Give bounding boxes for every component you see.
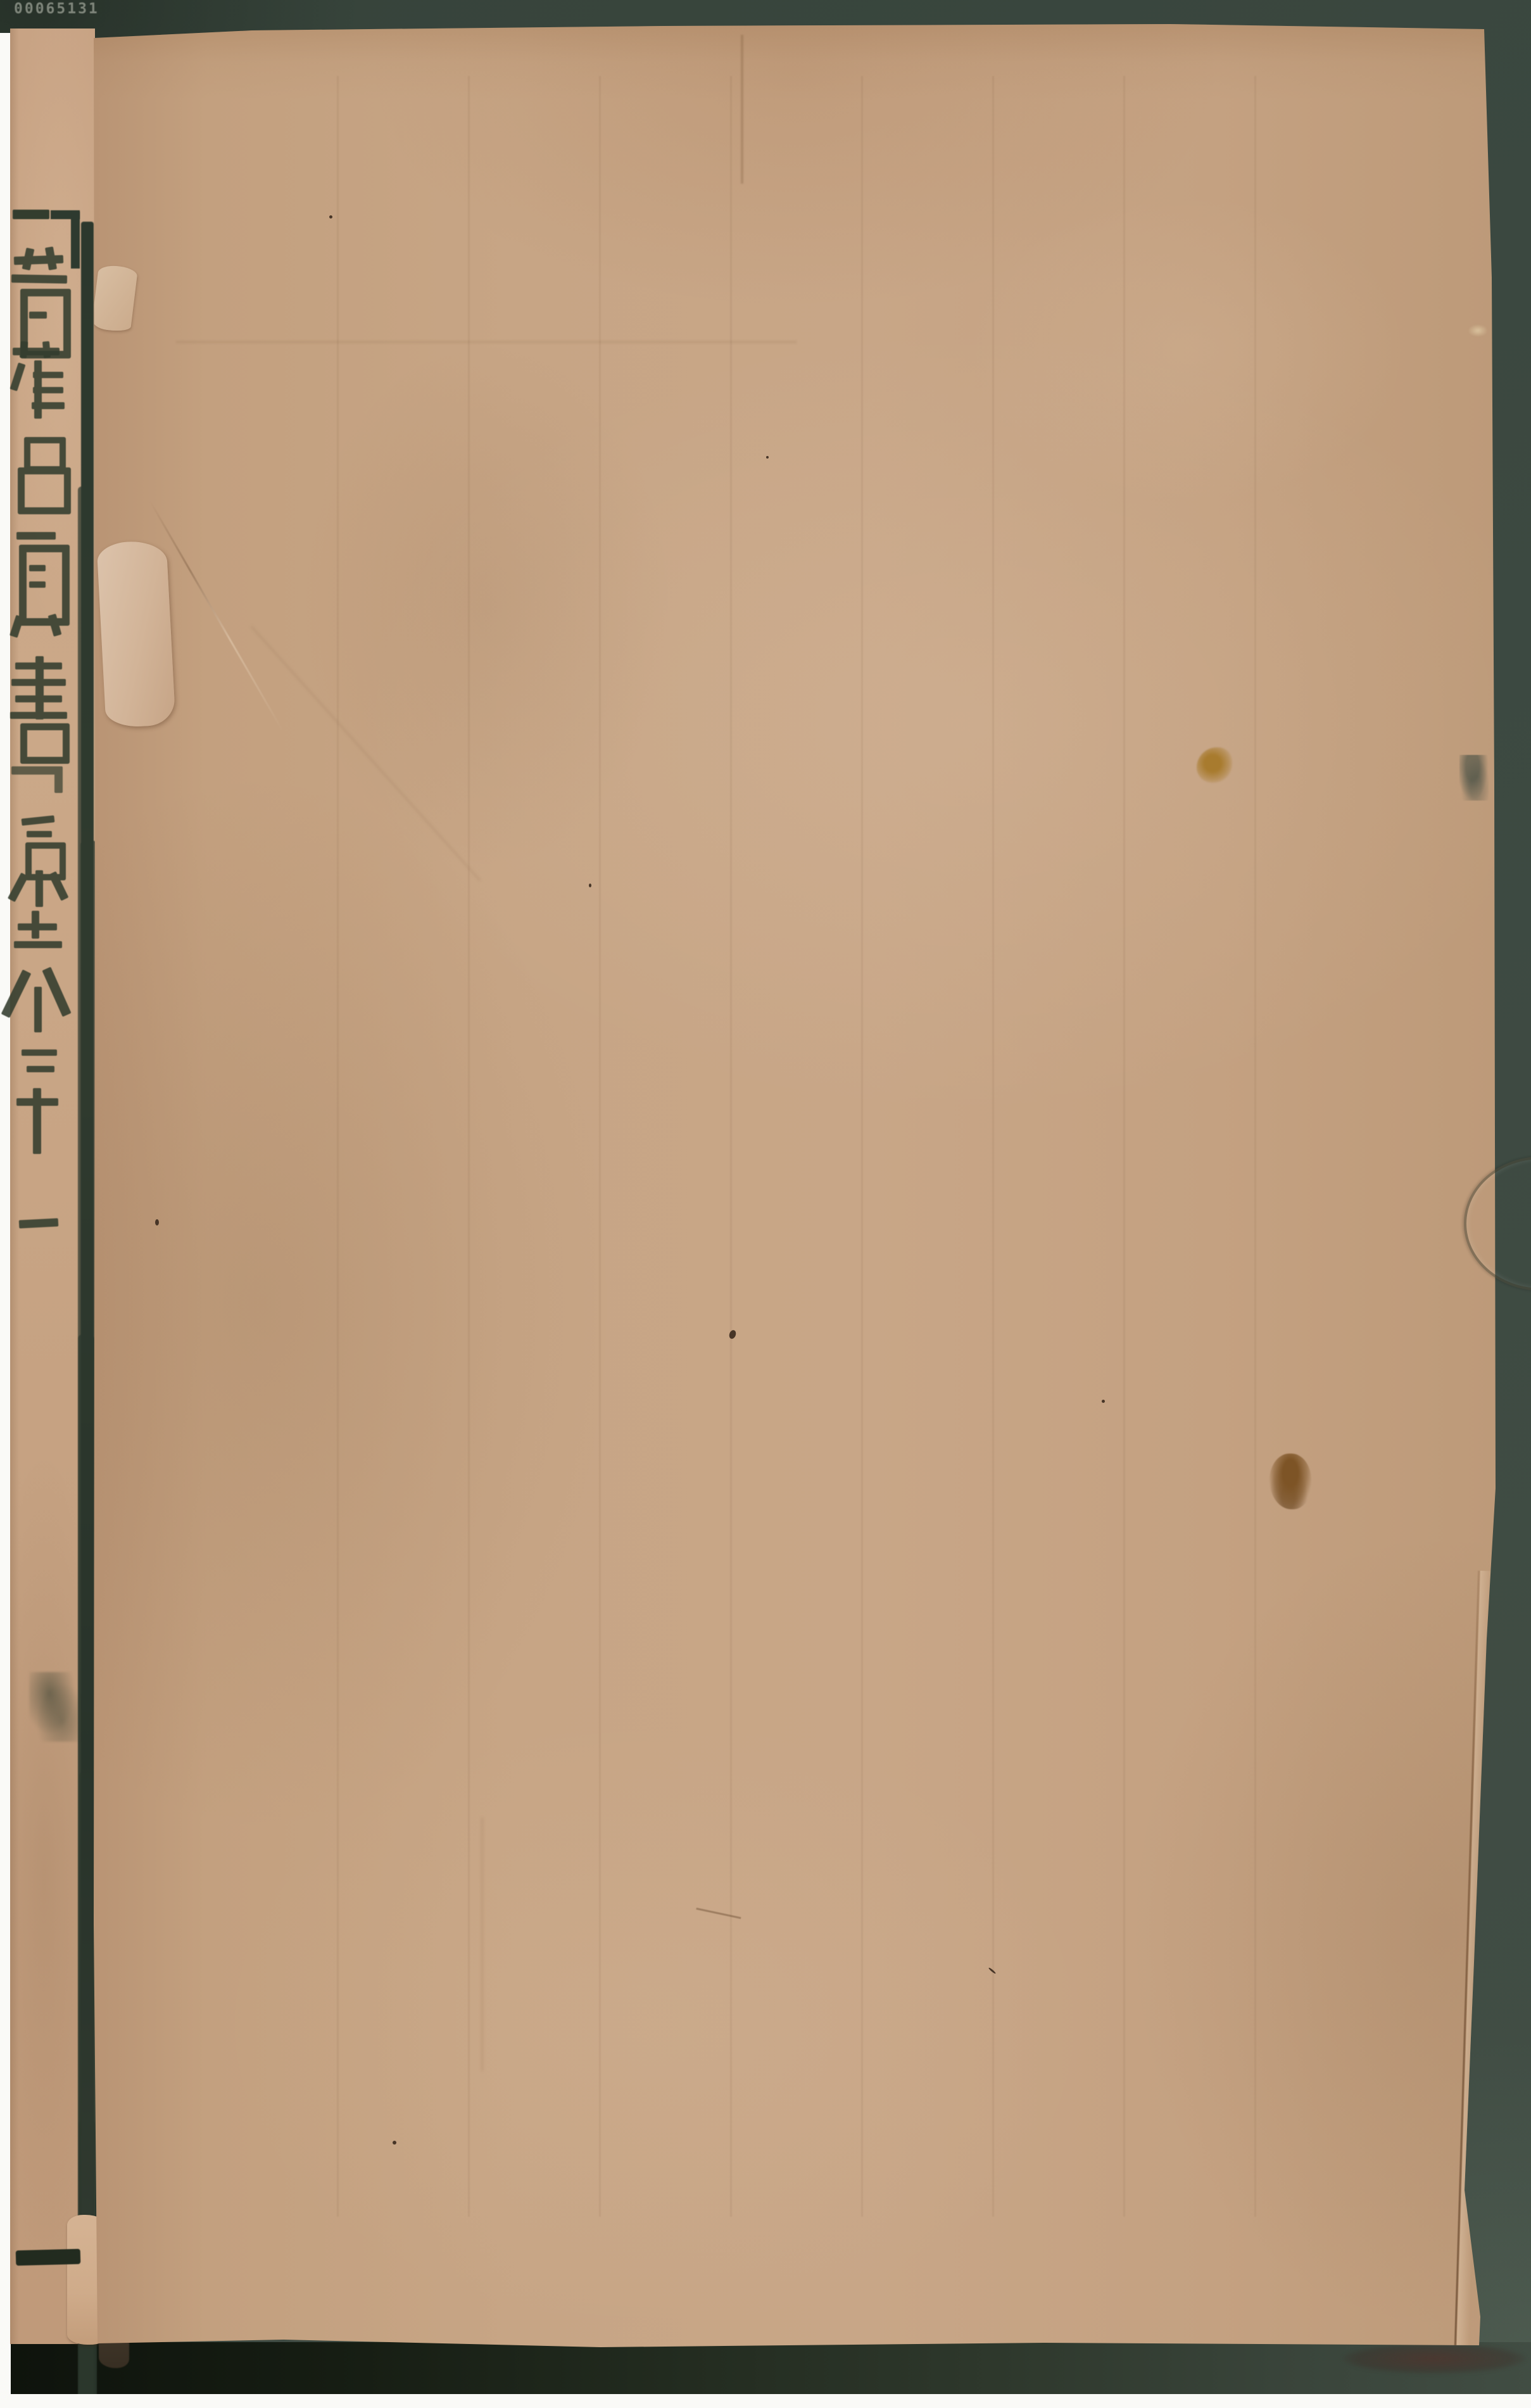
book-spine bbox=[10, 29, 95, 2344]
bleedthrough-row-line bbox=[176, 341, 797, 343]
spine-character-glyph bbox=[10, 1213, 71, 1237]
repair-patch bbox=[91, 264, 138, 333]
background-smudge bbox=[1342, 2343, 1526, 2374]
spine-character-glyph bbox=[10, 437, 71, 505]
light-spot bbox=[1468, 324, 1488, 337]
crease-line bbox=[481, 1818, 483, 2071]
stain bbox=[1270, 1454, 1311, 1509]
serial-number: 00065131 bbox=[14, 1, 99, 17]
speck bbox=[155, 1219, 159, 1226]
spine-character-glyph bbox=[10, 346, 71, 421]
crease-line bbox=[741, 35, 743, 184]
spine-character-glyph bbox=[10, 911, 71, 1035]
book-scan-photo: 00065131 bbox=[0, 0, 1531, 2408]
board-bottom-shadow bbox=[0, 2342, 1531, 2395]
spine-fold-groove bbox=[81, 222, 94, 2264]
blank-book-page bbox=[94, 24, 1497, 2350]
speck bbox=[393, 2141, 396, 2145]
spine-character-glyph bbox=[10, 1088, 71, 1160]
spine-character-glyph bbox=[10, 659, 71, 751]
spine-character-glyph bbox=[10, 252, 71, 346]
spine-character-glyph bbox=[10, 1048, 71, 1079]
spine-character-glyph bbox=[10, 532, 71, 641]
spine-character-glyph bbox=[10, 752, 71, 793]
speck bbox=[766, 456, 769, 459]
spine-label-top-bar bbox=[13, 210, 49, 219]
scan-edge-bottom bbox=[0, 2394, 1531, 2408]
speck bbox=[329, 215, 332, 219]
scan-edge-left bbox=[0, 33, 11, 2408]
ink-smudge bbox=[29, 1672, 80, 1742]
spine-bottom-ink-bar bbox=[16, 2249, 81, 2266]
speck bbox=[589, 884, 591, 887]
bleedthrough-column-lines bbox=[208, 76, 1335, 2217]
edge-smudge-mark bbox=[1459, 755, 1489, 801]
repair-patch bbox=[96, 540, 175, 728]
speck bbox=[1102, 1400, 1105, 1403]
spine-character-glyph bbox=[10, 817, 71, 907]
spine-label-corner-mark bbox=[71, 212, 80, 269]
